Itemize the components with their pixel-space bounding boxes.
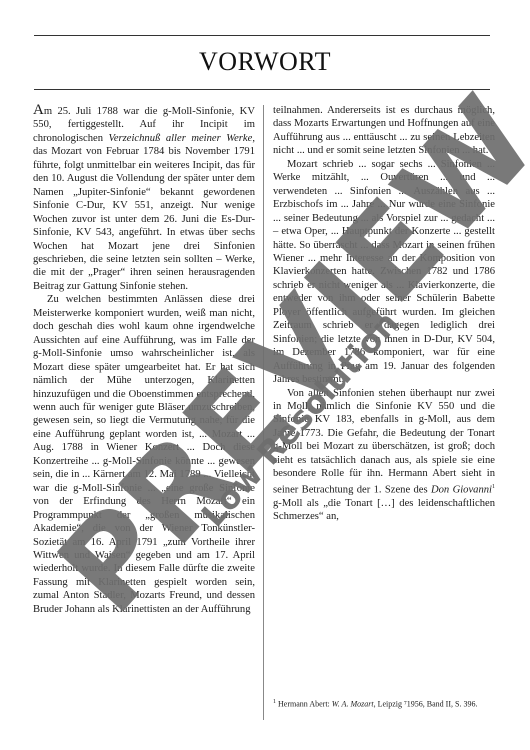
header-rule-bottom — [34, 89, 490, 90]
paragraph-1-text: m 25. Juli 1788 war die g-Moll-Sinfonie,… — [33, 106, 255, 292]
footnote: 1 Hermann Abert: W. A. Mozart, Leipzig ⁷… — [273, 697, 495, 710]
paragraph-2: Zu welchen bestimmten Anlässen diese dre… — [33, 293, 255, 616]
column-divider — [263, 105, 264, 720]
right-column: teilnahmen. Andererseits ist es durchaus… — [273, 104, 495, 524]
drop-cap: A — [33, 102, 44, 118]
footnote-rest: , Leipzig ⁷1956, Band II, S. 396. — [374, 700, 478, 709]
paragraph-3: teilnahmen. Andererseits ist es durchaus… — [273, 104, 495, 158]
footnote-number: 1 — [273, 699, 276, 705]
footnote-reference: 1 — [492, 484, 495, 490]
paragraph-5: Von allen Sinfonien stehen überhaupt nur… — [273, 387, 495, 524]
paragraph-4: Mozart schrieb ... sogar sechs ... Sinfo… — [273, 158, 495, 387]
header-rule-top — [34, 35, 490, 36]
paragraph-1: Am 25. Juli 1788 war die g-Moll-Sinfonie… — [33, 104, 255, 293]
italic-opera-title: Don Giovanni — [431, 484, 492, 495]
italic-title: Verzeichnuß aller meiner Werke — [109, 133, 253, 144]
footnote-title: W. A. Mozart — [332, 700, 374, 709]
footnote-author: Hermann Abert: — [278, 700, 332, 709]
page-title: VORWORT — [0, 47, 530, 77]
left-column: Am 25. Juli 1788 war die g-Moll-Sinfonie… — [33, 104, 255, 616]
